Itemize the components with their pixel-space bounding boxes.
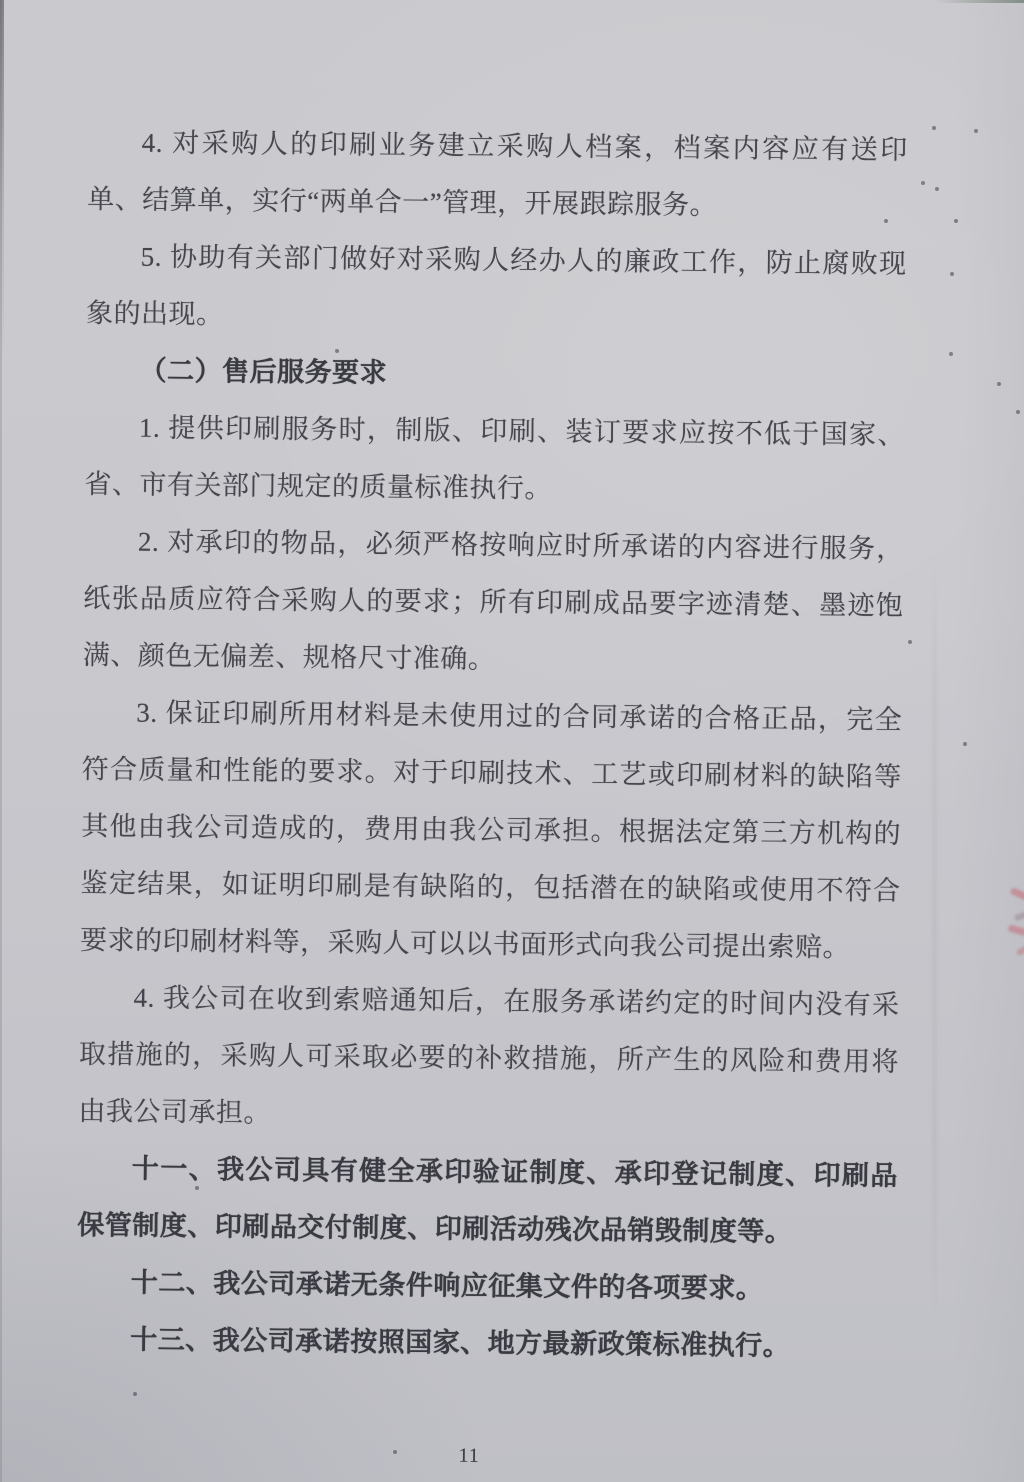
paragraph: 十三、我公司承诺按照国家、地方最新政策标准执行。 xyxy=(76,1311,897,1376)
dust-speck xyxy=(950,272,954,276)
paragraph: 4. 对采购人的印刷业务建立采购人档案，档案内容应有送印单、结算单，实行“两单合… xyxy=(87,114,908,236)
dust-speck xyxy=(997,382,1001,386)
scan-edge-shadow-left-top xyxy=(0,0,4,360)
paper-shading-right xyxy=(954,0,1024,1482)
document-page: 4. 对采购人的印刷业务建立采购人档案，档案内容应有送印单、结算单，实行“两单合… xyxy=(75,114,908,1482)
paragraph: 1. 提供印刷服务时，制版、印刷、装订要求应按不低于国家、省、市有关部门规定的质… xyxy=(84,399,905,521)
dust-speck xyxy=(974,129,978,133)
red-pen-mark xyxy=(1000,888,1024,972)
red-pen-stroke xyxy=(1016,942,1024,956)
paragraph: 4. 我公司在收到索赔通知后，在服务承诺约定的时间内没有采取措施的，采购人可采取… xyxy=(78,969,900,1148)
dust-speck xyxy=(963,742,967,746)
scan-edge-shadow-top-right xyxy=(934,0,1024,3)
paragraph: 十一、我公司具有健全承印验证制度、承印登记制度、印刷品保管制度、印刷品交付制度、… xyxy=(77,1140,898,1262)
paragraph-container: 4. 对采购人的印刷业务建立采购人档案，档案内容应有送印单、结算单，实行“两单合… xyxy=(76,114,908,1376)
dust-speck xyxy=(949,352,953,356)
dust-speck xyxy=(932,126,936,130)
paragraph: 2. 对承印的物品，必须严格按响应时所承诺的内容进行服务，纸张品质应符合采购人的… xyxy=(83,513,905,692)
paragraph: 5. 协助有关部门做好对采购人经办人的廉政工作，防止腐败现象的出现。 xyxy=(86,228,907,350)
dust-speck xyxy=(908,640,912,644)
section-heading: （二）售后服务要求 xyxy=(85,342,906,407)
red-pen-stroke xyxy=(1014,909,1024,922)
dust-speck xyxy=(935,187,939,191)
scan-edge-shadow-left xyxy=(0,0,2,1482)
dust-speck xyxy=(954,219,958,223)
dust-speck xyxy=(921,181,925,185)
page-number: 11 xyxy=(59,1424,880,1482)
dust-speck xyxy=(1016,410,1020,414)
paragraph: 十二、我公司承诺无条件响应征集文件的各项要求。 xyxy=(77,1254,898,1319)
paper-crease xyxy=(933,560,936,1320)
red-pen-stroke xyxy=(1010,887,1024,904)
red-pen-stroke xyxy=(1008,924,1024,938)
paragraph: 3. 保证印刷所用材料是未使用过的合同承诺的合格正品，完全符合质量和性能的要求。… xyxy=(80,684,903,977)
